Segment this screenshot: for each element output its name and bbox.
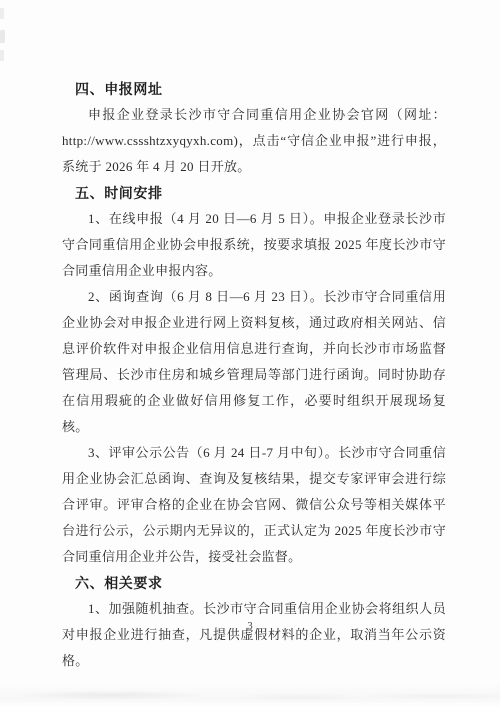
document-page: 四、申报网址 申报企业登录长沙市守合同重信用企业协会官网（网址：http://w…	[0, 0, 500, 707]
section-heading-requirements: 六、相关要求	[62, 570, 446, 596]
scan-edge-artifact	[0, 30, 5, 43]
scan-edge-artifact	[0, 8, 4, 19]
paragraph-application-website: 申报企业登录长沙市守合同重信用企业协会官网（网址：http://www.csss…	[62, 102, 446, 180]
paragraph-online-application: 1、在线申报（4 月 20 日—6 月 5 日）。申报企业登录长沙市守合同重信用…	[62, 206, 446, 284]
scan-bottom-shadow	[0, 681, 500, 703]
paragraph-inquiry-check: 2、函询查询（6 月 8 日—6 月 23 日）。长沙市守合同重信用企业协会对申…	[62, 284, 446, 440]
section-heading-schedule: 五、时间安排	[62, 180, 446, 206]
paragraph-random-inspection: 1、加强随机抽查。长沙市守合同重信用企业协会将组织人员对申报企业进行抽查，凡提供…	[62, 596, 446, 674]
paragraph-review-publicity: 3、评审公示公告（6 月 24 日-7 月中旬）。长沙市守合同重信用企业协会汇总…	[62, 440, 446, 570]
scan-edge-artifact	[0, 50, 4, 61]
document-body: 四、申报网址 申报企业登录长沙市守合同重信用企业协会官网（网址：http://w…	[62, 76, 446, 674]
page-number: 3	[0, 620, 500, 632]
section-heading-application-website: 四、申报网址	[62, 76, 446, 102]
